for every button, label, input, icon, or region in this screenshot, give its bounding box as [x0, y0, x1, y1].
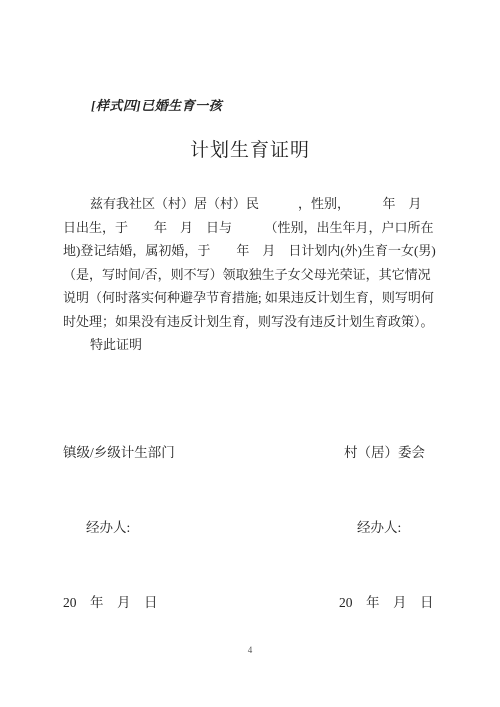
town-handler-label: 经办人: — [86, 515, 175, 540]
body-line: 说明（何时落实何种避孕节育措施; 如果违反计划生育，则写明何 — [63, 286, 437, 310]
signature-section: 镇级/乡级计生部门 经办人: 20 年 月 日 村（居）委会 经办人: 20 年… — [63, 390, 437, 665]
village-org-name: 村（居）委会 — [344, 440, 437, 465]
village-date-line: 20 年 月 日 — [339, 590, 437, 615]
page-number: 4 — [0, 645, 500, 655]
style-note: [样式四]已婚生育一孩 — [91, 98, 500, 114]
town-date-line: 20 年 月 日 — [63, 590, 175, 615]
body-line: 兹有我社区（村）居（村）民 ，性别， 年 月 — [63, 192, 437, 216]
body-line: 地)登记结婚，属初婚，于 年 月 日计划内(外)生育一女(男) — [63, 239, 437, 263]
body-line: 日出生，于 年 月 日与 （性别，出生年月，户口所在 — [63, 216, 437, 240]
closing-line: 特此证明 — [63, 333, 437, 357]
village-handler-label: 经办人: — [357, 515, 437, 540]
body-paragraph: 兹有我社区（村）居（村）民 ，性别， 年 月 日出生，于 年 月 日与 （性别，… — [63, 192, 437, 357]
town-org-name: 镇级/乡级计生部门 — [63, 440, 175, 465]
body-line: （是，写时间/否，则不写）领取独生子女父母光荣证，其它情况 — [63, 263, 437, 287]
document-page: [样式四]已婚生育一孩 计划生育证明 兹有我社区（村）居（村）民 ，性别， 年 … — [0, 0, 500, 707]
signature-block-town: 镇级/乡级计生部门 经办人: 20 年 月 日 — [63, 390, 175, 665]
document-title: 计划生育证明 — [0, 140, 500, 162]
signature-block-village: 村（居）委会 经办人: 20 年 月 日 — [339, 390, 437, 665]
body-line: 时处理；如果没有违反计划生育，则写没有违反计划生育政策）。 — [63, 310, 437, 334]
